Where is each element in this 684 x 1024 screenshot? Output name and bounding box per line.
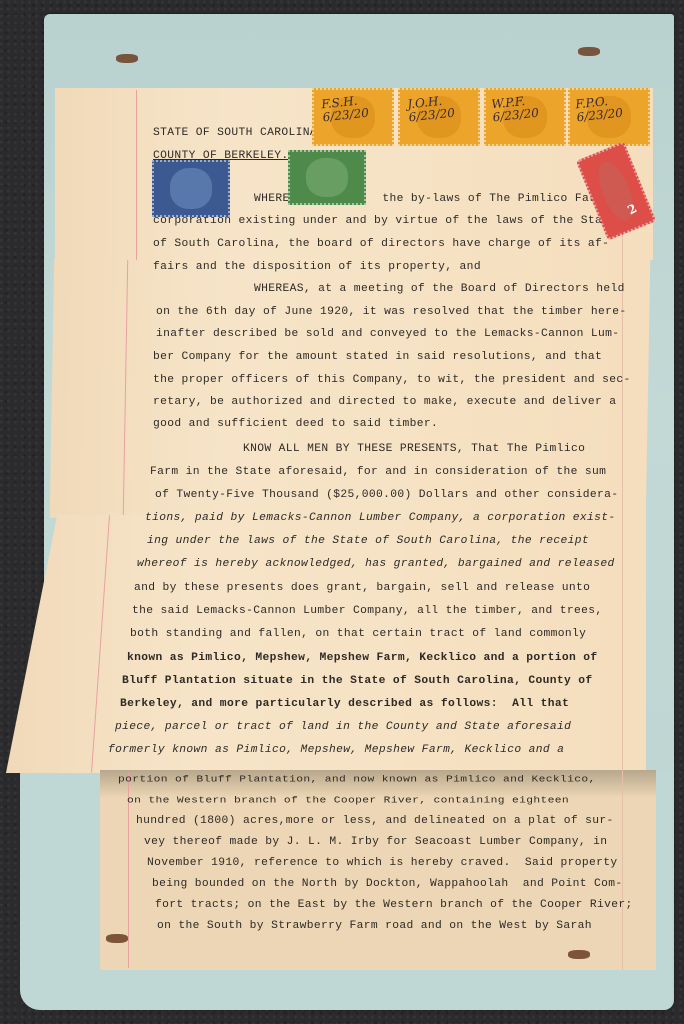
revenue-stamp-3: W.P.F. 6/23/20 bbox=[484, 88, 566, 146]
deed-line: Bluff Plantation situate in the State of… bbox=[122, 675, 593, 687]
deed-line: inafter described be sold and conveyed t… bbox=[156, 328, 619, 340]
margin-rule bbox=[136, 90, 137, 260]
paper-panel-3 bbox=[6, 515, 646, 773]
deed-line: hundred (1800) acres,more or less, and d… bbox=[136, 815, 614, 827]
deed-line: of Twenty-Five Thousand ($25,000.00) Dol… bbox=[155, 489, 618, 501]
revenue-stamp-2: J.O.H. 6/23/20 bbox=[398, 88, 480, 146]
deed-line: both standing and fallen, on that certai… bbox=[130, 628, 586, 640]
deed-line: November 1910, reference to which is her… bbox=[147, 857, 618, 869]
deed-line: Farm in the State aforesaid, for and in … bbox=[150, 466, 606, 478]
deed-line: known as Pimlico, Mepshew, Mepshew Farm,… bbox=[127, 652, 598, 664]
deed-line: retary, be authorized and directed to ma… bbox=[153, 396, 616, 408]
revenue-stamp-green bbox=[288, 150, 366, 205]
deed-line: the proper officers of this Company, to … bbox=[153, 374, 631, 386]
fastener-hole-top-right bbox=[578, 47, 600, 56]
deed-line: on the 6th day of June 1920, it was reso… bbox=[156, 306, 627, 318]
deed-line: fort tracts; on the East by the Western … bbox=[155, 899, 633, 911]
deed-line: WHEREAS, at a meeting of the Board of Di… bbox=[254, 283, 625, 295]
deed-line: fairs and the disposition of its propert… bbox=[153, 261, 481, 273]
deed-line: KNOW ALL MEN BY THESE PRESENTS, That The… bbox=[243, 443, 585, 455]
deed-line: portion of Bluff Plantation, and now kno… bbox=[118, 775, 596, 785]
fastener-hole-bottom-right bbox=[568, 950, 590, 959]
fastener-hole-bottom-left bbox=[106, 934, 128, 943]
heading-state: STATE OF SOUTH CAROLINA bbox=[153, 127, 317, 139]
deed-line: formerly known as Pimlico, Mepshew, Meps… bbox=[108, 744, 564, 756]
revenue-stamp-4: F.P.O. 6/23/20 bbox=[568, 88, 650, 146]
deed-line: the said Lemacks-Cannon Lumber Company, … bbox=[132, 605, 603, 617]
fastener-hole-top-left bbox=[116, 54, 138, 63]
deed-line: good and sufficient deed to said timber. bbox=[153, 418, 438, 430]
deed-line: Berkeley, and more particularly describe… bbox=[120, 698, 569, 710]
revenue-stamp-blue bbox=[152, 160, 230, 217]
deed-line: piece, parcel or tract of land in the Co… bbox=[115, 721, 571, 733]
deed-line: of South Carolina, the board of director… bbox=[153, 238, 609, 250]
deed-line: on the South by Strawberry Farm road and… bbox=[157, 920, 592, 932]
paper-panel-2 bbox=[50, 258, 651, 518]
deed-line: being bounded on the North by Dockton, W… bbox=[152, 878, 623, 890]
deed-line: and by these presents does grant, bargai… bbox=[134, 582, 590, 594]
deed-line: vey thereof made by J. L. M. Irby for Se… bbox=[144, 836, 607, 848]
revenue-stamp-1: F.S.H. 6/23/20 bbox=[312, 88, 394, 146]
deed-line: whereof is hereby acknowledged, has gran… bbox=[137, 558, 615, 570]
deed-line: ber Company for the amount stated in sai… bbox=[153, 351, 602, 363]
deed-line: ing under the laws of the State of South… bbox=[147, 535, 589, 547]
deed-line: tions, paid by Lemacks-Cannon Lumber Com… bbox=[145, 512, 616, 524]
deed-line: on the Western branch of the Cooper Rive… bbox=[127, 796, 569, 806]
